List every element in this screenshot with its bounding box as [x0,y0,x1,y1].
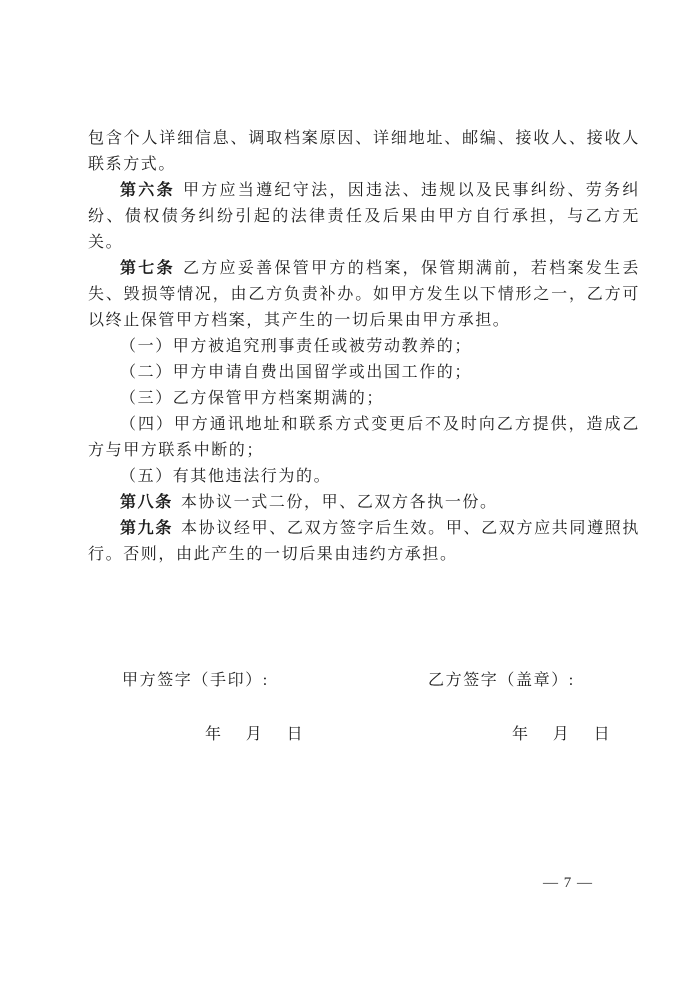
paragraph-continuation-text: 包含个人详细信息、调取档案原因、详细地址、邮编、接收人、接收人联系方式。 [88,130,640,173]
document-page: 包含个人详细信息、调取档案原因、详细地址、邮编、接收人、接收人联系方式。 第六条… [0,0,700,989]
clause-7-number: 第七条 [120,260,175,277]
clause-7-item-1-text: （一）甲方被追究刑事责任或被劳动教养的； [120,338,472,355]
clause-7-item-2-text: （二）甲方申请自费出国留学或出国工作的； [120,364,472,381]
clause-7-item-5-text: （五）有其他违法行为的。 [120,468,331,485]
clause-9-number: 第九条 [120,520,173,537]
page-number: — 7 — [543,872,593,894]
party-a-date-line: 年 月 日 [205,722,304,748]
party-b-signature-label: 乙方签字（盖章）: [428,668,575,694]
clause-7-item-1: （一）甲方被追究刑事责任或被劳动教养的； [88,334,640,360]
clause-7-item-3: （三）乙方保管甲方档案期满的； [88,386,640,412]
contract-body: 包含个人详细信息、调取档案原因、详细地址、邮编、接收人、接收人联系方式。 第六条… [88,126,640,568]
clause-7-item-4-text: （四）甲方通讯地址和联系方式变更后不及时向乙方提供，造成乙方与甲方联系中断的； [88,416,640,459]
clause-8-text: 本协议一式二份，甲、乙双方各执一份。 [181,494,498,511]
clause-8: 第八条本协议一式二份，甲、乙双方各执一份。 [88,490,640,516]
paragraph-continuation: 包含个人详细信息、调取档案原因、详细地址、邮编、接收人、接收人联系方式。 [88,126,640,178]
clause-7-item-4: （四）甲方通讯地址和联系方式变更后不及时向乙方提供，造成乙方与甲方联系中断的； [88,412,640,464]
party-a-signature-label: 甲方签字（手印）: [122,668,269,694]
party-b-date-line: 年 月 日 [512,722,611,748]
clause-8-number: 第八条 [120,494,173,511]
clause-6-number: 第六条 [120,182,175,199]
clause-7-item-5: （五）有其他违法行为的。 [88,464,640,490]
clause-7-item-3-text: （三）乙方保管甲方档案期满的； [120,390,384,407]
clause-6: 第六条甲方应当遵纪守法，因违法、违规以及民事纠纷、劳务纠纷、债权债务纠纷引起的法… [88,178,640,256]
clause-9: 第九条本协议经甲、乙双方签字后生效。甲、乙双方应共同遵照执行。否则，由此产生的一… [88,516,640,568]
clause-7-item-2: （二）甲方申请自费出国留学或出国工作的； [88,360,640,386]
clause-7: 第七条乙方应妥善保管甲方的档案，保管期满前，若档案发生丢失、毁损等情况，由乙方负… [88,256,640,334]
